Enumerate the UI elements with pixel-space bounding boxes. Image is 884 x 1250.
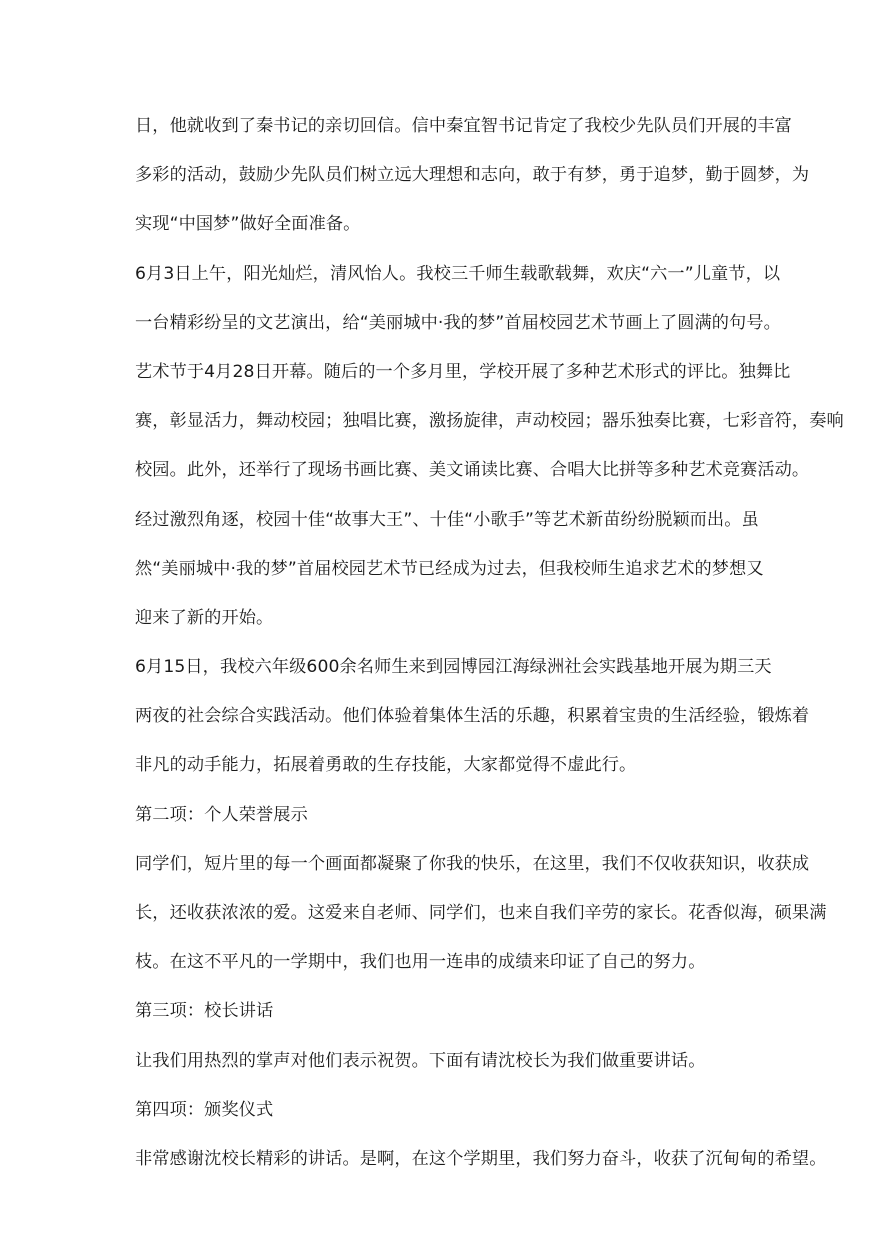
document-page: 日，他就收到了秦书记的亲切回信。信中秦宜智书记肯定了我校少先队员们开展的丰富 多… bbox=[135, 102, 765, 1184]
paragraph-honors: 同学们，短片里的每一个画面都凝聚了你我的快乐，在这里，我们不仅收获知识，收获成 … bbox=[135, 840, 765, 988]
paragraph-art-festival: 6月3日上午，阳光灿烂，清风怡人。我校三千师生载歌载舞，欢庆“六一”儿童节，以 … bbox=[135, 250, 765, 644]
text-line: 校园。此外，还举行了现场书画比赛、美文诵读比赛、合唱大比拼等多种艺术竞赛活动。 bbox=[135, 446, 749, 495]
text-line: 长，还收获浓浓的爱。这爱来自老师、同学们，也来自我们辛劳的家长。花香似海，硕果满 bbox=[135, 889, 749, 938]
text-line: 枝。在这不平凡的一学期中，我们也用一连串的成绩来印证了自己的努力。 bbox=[135, 938, 765, 987]
text-line: 6月15日，我校六年级600余名师生来到园博园江海绿洲社会实践基地开展为期三天 bbox=[135, 643, 749, 692]
section-heading-honors: 第二项：个人荣誉展示 bbox=[135, 791, 765, 840]
section-heading-principal-speech: 第三项：校长讲话 bbox=[135, 987, 765, 1036]
text-line: 两夜的社会综合实践活动。他们体验着集体生活的乐趣，积累着宝贵的生活经验，锻炼着 bbox=[135, 692, 749, 741]
text-line: 迎来了新的开始。 bbox=[135, 594, 765, 643]
section-heading-award-ceremony: 第四项：颁奖仪式 bbox=[135, 1086, 765, 1135]
text-line: 同学们，短片里的每一个画面都凝聚了你我的快乐，在这里，我们不仅收获知识，收获成 bbox=[135, 840, 749, 889]
text-line: 一台精彩纷呈的文艺演出，给“美丽城中·我的梦”首届校园艺术节画上了圆满的句号。 bbox=[135, 299, 749, 348]
text-line: 然“美丽城中·我的梦”首届校园艺术节已经成为过去，但我校师生追求艺术的梦想又 bbox=[135, 545, 749, 594]
text-line: 赛，彰显活力，舞动校园；独唱比赛，激扬旋律，声动校园；器乐独奏比赛，七彩音符，奏… bbox=[135, 397, 749, 446]
paragraph-practice-activity: 6月15日，我校六年级600余名师生来到园博园江海绿洲社会实践基地开展为期三天 … bbox=[135, 643, 765, 791]
text-line: 日，他就收到了秦书记的亲切回信。信中秦宜智书记肯定了我校少先队员们开展的丰富 bbox=[135, 102, 749, 151]
text-line: 艺术节于4月28日开幕。随后的一个多月里，学校开展了多种艺术形式的评比。独舞比 bbox=[135, 348, 749, 397]
text-line: 经过激烈角逐，校园十佳“故事大王”、十佳“小歌手”等艺术新苗纷纷脱颖而出。虽 bbox=[135, 496, 749, 545]
paragraph-reply-letter: 日，他就收到了秦书记的亲切回信。信中秦宜智书记肯定了我校少先队员们开展的丰富 多… bbox=[135, 102, 765, 250]
text-line: 6月3日上午，阳光灿烂，清风怡人。我校三千师生载歌载舞，欢庆“六一”儿童节，以 bbox=[135, 250, 749, 299]
text-line: 实现“中国梦”做好全面准备。 bbox=[135, 200, 765, 249]
paragraph-thanks: 非常感谢沈校长精彩的讲话。是啊，在这个学期里，我们努力奋斗，收获了沉甸甸的希望。 bbox=[135, 1135, 749, 1184]
text-line: 多彩的活动，鼓励少先队员们树立远大理想和志向，敢于有梦，勇于追梦，勤于圆梦，为 bbox=[135, 151, 749, 200]
text-line: 非凡的动手能力，拓展着勇敢的生存技能，大家都觉得不虚此行。 bbox=[135, 741, 765, 790]
paragraph-speech-intro: 让我们用热烈的掌声对他们表示祝贺。下面有请沈校长为我们做重要讲话。 bbox=[135, 1037, 765, 1086]
